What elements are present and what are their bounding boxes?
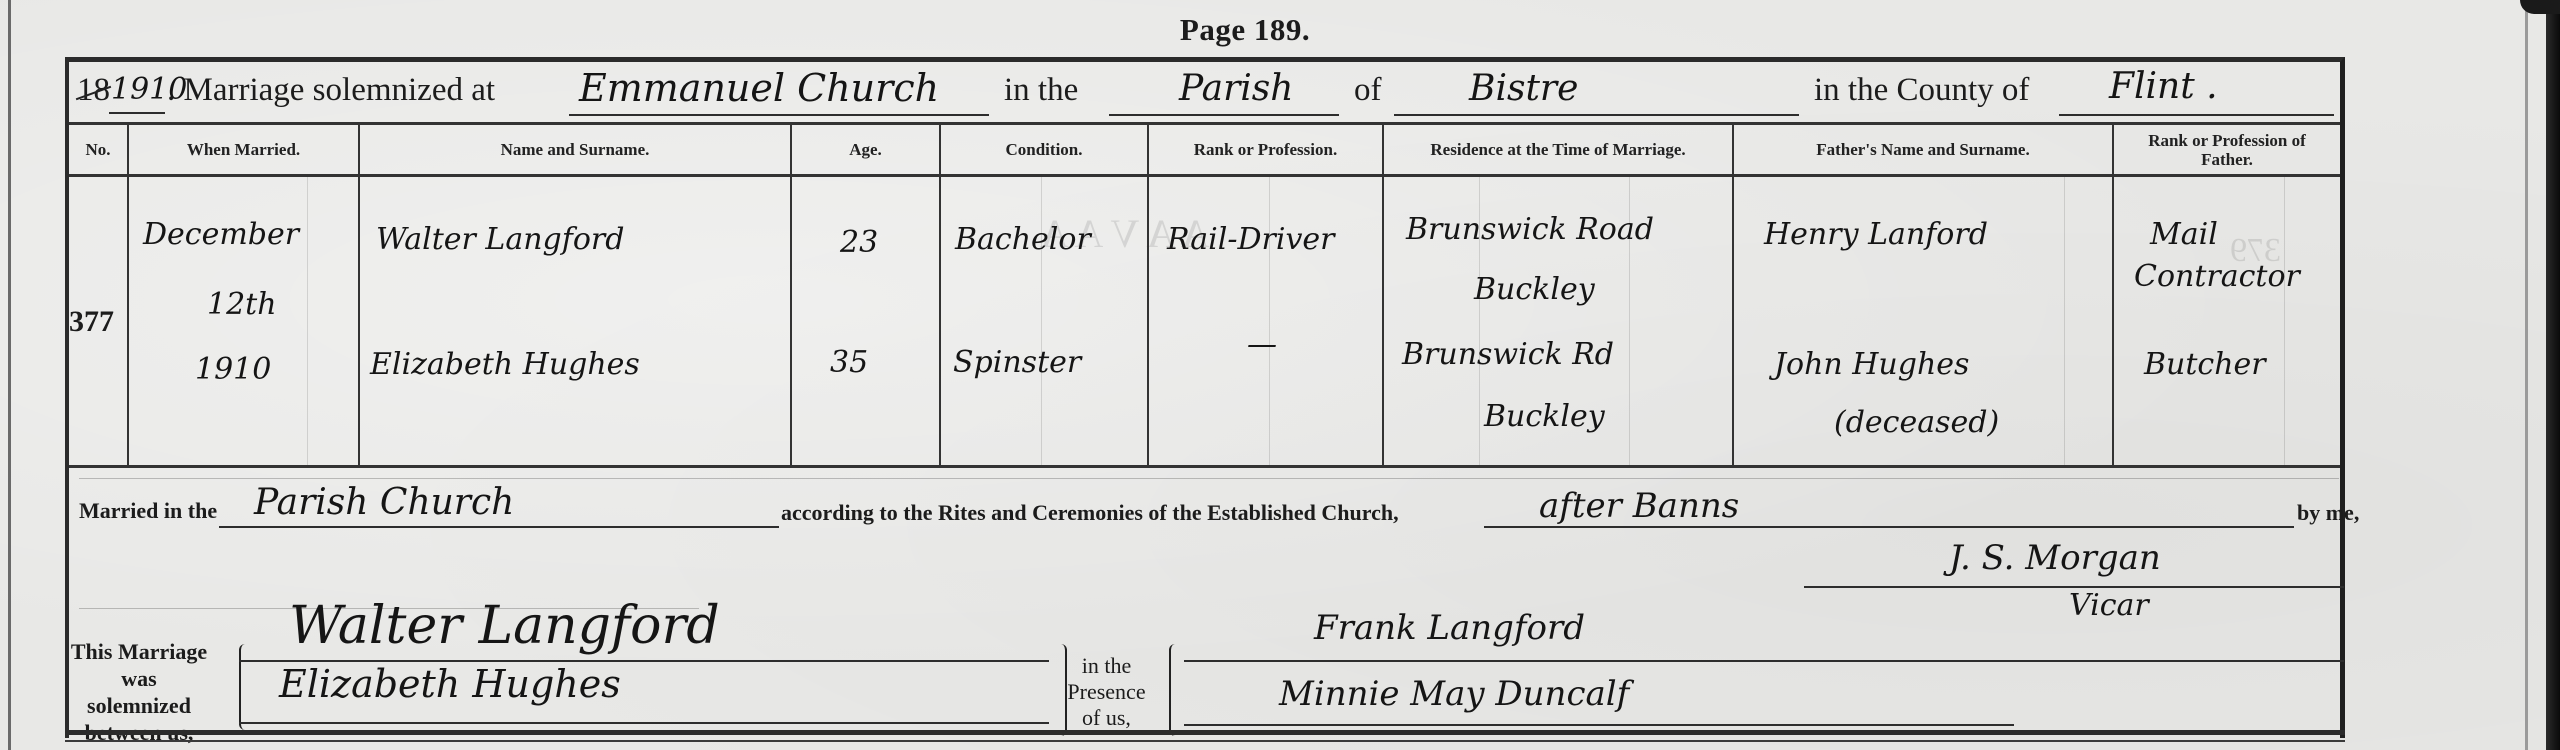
bride-profession: —	[1247, 327, 1277, 362]
year-prefix-struck: 18	[77, 72, 110, 109]
column-header-condition: Condition.	[941, 125, 1149, 174]
title-solemnized-text: . Marriage solemnized at	[167, 72, 495, 109]
page-edge-shadow	[2546, 0, 2560, 750]
presence-label-line: in the	[1059, 653, 1154, 679]
married-in-label: Married in the	[79, 498, 217, 524]
marriage-register-form: 18 1910 . Marriage solemnized at Emmanue…	[65, 57, 2345, 738]
bride-condition: Spinster	[953, 345, 1081, 380]
brace-left	[239, 644, 255, 730]
district-type: Parish	[1179, 68, 1293, 109]
bride-age: 35	[830, 345, 868, 380]
cell-no: 377	[69, 177, 129, 465]
bride-father-profession: Butcher	[2144, 347, 2266, 382]
witness-1-signature: Frank Langford	[1314, 608, 1585, 648]
district-name-fill-line	[1394, 114, 1799, 116]
rites-value: after Banns	[1539, 486, 1739, 526]
witness-1-line	[1184, 660, 2344, 662]
column-header-father-rank: Rank or Profession of Father.	[2114, 125, 2340, 174]
district-name: Bistre	[1469, 68, 1578, 109]
previous-page-edge	[8, 0, 11, 750]
between-label-line: was	[69, 665, 209, 692]
column-header-row: No. When Married. Name and Surname. Age.…	[69, 125, 2340, 177]
by-me-label: by me,	[2297, 500, 2359, 526]
district-type-fill-line	[1109, 114, 1339, 116]
married-day: 12th	[207, 287, 277, 322]
county-name: Flint .	[2109, 66, 2218, 107]
entry-row: 377 December 12th 1910 Walter Langford E…	[69, 177, 2340, 468]
groom-father-name: Henry Lanford	[1764, 217, 1988, 252]
guide-line	[79, 478, 2339, 479]
title-of-text: of	[1354, 72, 1382, 109]
presence-label-line: Presence	[1059, 679, 1154, 705]
faint-divider	[1041, 177, 1042, 465]
rites-fill-line	[1484, 526, 2294, 528]
brace-presence-right	[1169, 644, 1185, 736]
year-fill-line	[109, 112, 165, 114]
groom-signature: Walter Langford	[289, 596, 720, 656]
bride-signature: Elizabeth Hughes	[279, 662, 621, 706]
entry-number: 377	[69, 305, 114, 339]
officiant-title: Vicar	[2069, 588, 2149, 623]
faint-divider	[307, 177, 308, 465]
married-month: December	[143, 217, 299, 252]
title-row: 18 1910 . Marriage solemnized at Emmanue…	[69, 62, 2340, 125]
presence-label: in the Presence of us,	[1059, 653, 1154, 731]
bride-residence-line2: Buckley	[1484, 399, 1605, 434]
faint-divider	[2064, 177, 2065, 465]
groom-residence-line1: Brunswick Road	[1406, 212, 1654, 247]
married-in-value: Parish Church	[254, 482, 514, 523]
witness-2-line	[1184, 724, 2014, 726]
rites-text: according to the Rites and Ceremonies of…	[781, 500, 1399, 526]
county-fill-line	[2059, 114, 2334, 116]
married-year: 1910	[195, 352, 271, 387]
column-header-father-name: Father's Name and Surname.	[1734, 125, 2114, 174]
title-in-the-text: in the	[1004, 72, 1078, 109]
witness-2-signature: Minnie May Duncalf	[1279, 674, 1629, 714]
bride-name: Elizabeth Hughes	[370, 347, 640, 382]
bride-father-note: (deceased)	[1834, 405, 1999, 440]
cell-condition: Bachelor Spinster	[941, 177, 1149, 465]
column-header-when-married: When Married.	[129, 125, 360, 174]
form-bottom-border-secondary	[65, 740, 2345, 742]
groom-residence-line2: Buckley	[1474, 272, 1595, 307]
groom-father-profession-line2: Contractor	[2134, 259, 2300, 294]
column-header-rank: Rank or Profession.	[1149, 125, 1384, 174]
groom-profession: Rail-Driver	[1167, 222, 1335, 257]
page-number: Page 189.	[1115, 12, 1375, 48]
married-in-fill-line	[219, 526, 779, 528]
form-bottom-border	[65, 730, 2345, 735]
page-edge	[2525, 8, 2528, 750]
column-header-no: No.	[69, 125, 129, 174]
column-header-name: Name and Surname.	[360, 125, 792, 174]
cell-when-married: December 12th 1910	[129, 177, 360, 465]
column-header-age: Age.	[792, 125, 941, 174]
cell-father-rank: Mail Contractor Butcher	[2114, 177, 2340, 465]
column-header-residence: Residence at the Time of Marriage.	[1384, 125, 1734, 174]
page-corner	[2520, 0, 2560, 14]
groom-age: 23	[840, 225, 878, 260]
cell-rank: Rail-Driver —	[1149, 177, 1384, 465]
between-label-line: This Marriage	[69, 638, 209, 665]
church-fill-line	[569, 114, 989, 116]
groom-name: Walter Langford	[376, 222, 624, 257]
solemnization-section: Married in the Parish Church according t…	[69, 468, 2340, 735]
cell-residence: Brunswick Road Buckley Brunswick Rd Buck…	[1384, 177, 1734, 465]
groom-condition: Bachelor	[955, 222, 1091, 257]
presence-label-line: of us,	[1059, 705, 1154, 731]
cell-name: Walter Langford Elizabeth Hughes	[360, 177, 792, 465]
bride-father-name: John Hughes	[1774, 347, 1969, 382]
bride-signature-line	[239, 722, 1049, 724]
bride-residence-line1: Brunswick Rd	[1402, 337, 1614, 372]
title-county-text: in the County of	[1814, 72, 2029, 109]
church-name: Emmanuel Church	[579, 66, 939, 110]
cell-age: 23 35	[792, 177, 941, 465]
officiant-signature: J. S. Morgan	[1949, 538, 2161, 578]
groom-father-profession-line1: Mail	[2150, 217, 2218, 252]
cell-father-name: Henry Lanford John Hughes (deceased)	[1734, 177, 2114, 465]
between-label-line: solemnized	[69, 692, 209, 719]
faint-divider	[1269, 177, 1270, 465]
faint-divider	[2284, 177, 2285, 465]
